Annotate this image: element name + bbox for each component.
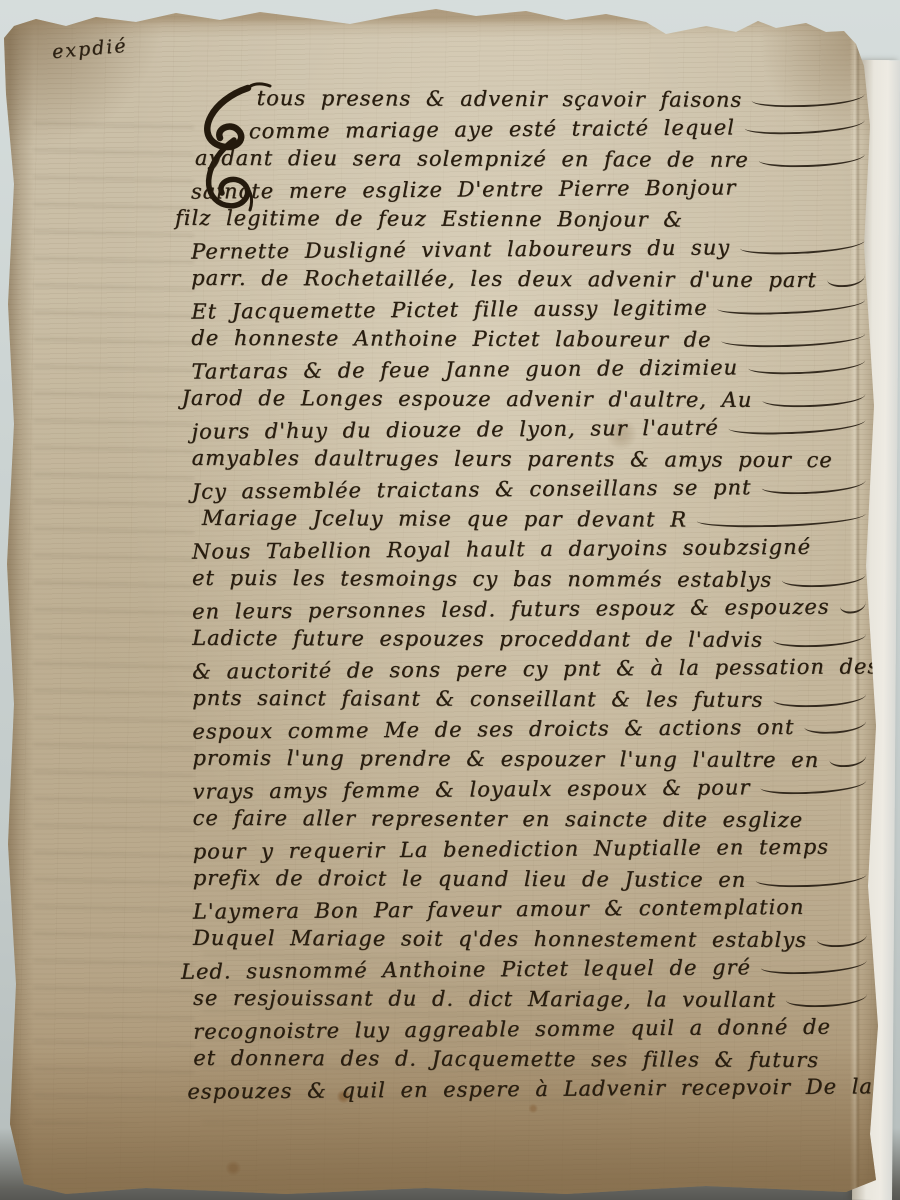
manuscript-line-text: Jcy assemblée traictans & conseillans se… bbox=[192, 472, 752, 506]
line-end-flourish-stroke bbox=[759, 154, 865, 168]
line-end-flourish-stroke bbox=[817, 935, 867, 948]
manuscript-line: espouzes & quil en espere à Ladvenir rec… bbox=[187, 1071, 869, 1106]
line-end-flourish-stroke bbox=[760, 780, 866, 795]
line-end-flourish-stroke bbox=[782, 574, 866, 587]
manuscript-line-text: tous presens & advenir sçavoir faisons bbox=[257, 83, 743, 115]
line-end-flourish-stroke bbox=[773, 694, 866, 708]
line-end-flourish-stroke bbox=[745, 120, 865, 135]
manuscript-line-text: & auctorité de sons pere cy pnt & à la p… bbox=[192, 651, 879, 686]
manuscript-line-text: jours d'huy du diouze de lyon, sur l'aut… bbox=[191, 413, 718, 447]
line-end-flourish-stroke bbox=[761, 960, 867, 975]
manuscript-line: Duquel Mariage soit q'des honnestement e… bbox=[193, 923, 869, 955]
manuscript-line-text: Pernette Dusligné vivant laboureurs du s… bbox=[191, 232, 730, 266]
line-end-flourish-stroke bbox=[697, 513, 866, 528]
manuscript-line-text: aydant dieu sera solempnizé en face de n… bbox=[195, 143, 749, 175]
line-end-flourish-stroke bbox=[761, 480, 866, 495]
manuscript-line-text: espouzes & quil en espere à Ladvenir rec… bbox=[187, 1071, 873, 1106]
line-end-flourish-stroke bbox=[829, 755, 866, 768]
manuscript-line-text: Nous Tabellion Royal hault a daryoins so… bbox=[192, 532, 811, 567]
manuscript-line: Mariage Jceluy mise que par devant R bbox=[192, 503, 868, 535]
manuscript-line-text: filz legitime de feuz Estienne Bonjour & bbox=[175, 203, 683, 235]
manuscript-line: tous presens & advenir sçavoir faisons bbox=[191, 83, 867, 115]
manuscript-line: et puis les tesmoings cy bas nommés esta… bbox=[192, 563, 868, 595]
line-end-flourish-stroke bbox=[748, 360, 866, 375]
manuscript-line-text: Duquel Mariage soit q'des honnestement e… bbox=[193, 923, 807, 955]
manuscript-line: Tartaras & de feue Janne guon de dizimie… bbox=[191, 351, 867, 386]
manuscript-line-text: L'aymera Bon Par faveur amour & contempl… bbox=[193, 892, 805, 927]
manuscript-line: et donnera des d. Jacquemette ses filles… bbox=[193, 1043, 869, 1075]
line-end-flourish-stroke bbox=[740, 240, 865, 256]
photograph-backdrop: { "document": { "kind": "17th-century Fr… bbox=[0, 0, 900, 1200]
manuscript-line: pnts sainct faisant & conseillant & les … bbox=[192, 683, 868, 715]
manuscript-line: Pernette Dusligné vivant laboureurs du s… bbox=[191, 231, 867, 266]
line-end-flourish-stroke bbox=[786, 994, 867, 1007]
manuscript-line: Nous Tabellion Royal hault a daryoins so… bbox=[192, 531, 868, 566]
manuscript-text-block: tous presens & advenir sçavoir faisonsco… bbox=[191, 83, 870, 1105]
line-end-flourish-stroke bbox=[827, 275, 866, 288]
manuscript-line: promis l'ung prendre & espouzer l'ung l'… bbox=[192, 743, 868, 775]
line-end-flourish-stroke bbox=[718, 300, 866, 316]
manuscript-line-text: de honneste Anthoine Pictet laboureur de bbox=[191, 323, 711, 355]
manuscript-line-text: Ladicte future espouzes proceddant de l'… bbox=[192, 623, 763, 655]
manuscript-line-text: Tartaras & de feue Janne guon de dizimie… bbox=[191, 352, 738, 386]
manuscript-line-text: espoux comme Me de ses droicts & actions… bbox=[192, 712, 794, 747]
manuscript-page: expdié tous presens & advenir sçavoir fa… bbox=[4, 4, 886, 1198]
line-end-flourish-stroke bbox=[756, 874, 867, 888]
line-end-flourish-stroke bbox=[762, 394, 865, 408]
manuscript-line: L'aymera Bon Par faveur amour & contempl… bbox=[193, 891, 869, 926]
manuscript-line: vrays amys femme & loyaulx espoux & pour bbox=[192, 771, 868, 806]
line-end-flourish-stroke bbox=[839, 601, 866, 614]
manuscript-line-text: comme mariage aye esté traicté lequel bbox=[249, 112, 735, 146]
manuscript-line-text: Et Jacquemette Pictet fille aussy legiti… bbox=[191, 293, 708, 327]
manuscript-line: saincte mere esglize D'entre Pierre Bonj… bbox=[191, 171, 867, 206]
manuscript-line-text: pnts sainct faisant & conseillant & les … bbox=[192, 683, 763, 715]
manuscript-line: ce faire aller representer en saincte di… bbox=[193, 803, 869, 835]
line-end-flourish-stroke bbox=[721, 334, 865, 349]
line-end-flourish-stroke bbox=[804, 721, 866, 735]
corner-annotation: expdié bbox=[51, 35, 128, 64]
manuscript-line: recognoistre luy aggreable somme quil a … bbox=[193, 1011, 869, 1046]
manuscript-line: Led. susnommé Anthoine Pictet lequel de … bbox=[181, 951, 869, 986]
manuscript-line-text: parr. de Rochetaillée, les deux advenir … bbox=[191, 263, 817, 295]
manuscript-line: de honneste Anthoine Pictet laboureur de bbox=[191, 323, 867, 355]
manuscript-line: & auctorité de sons pere cy pnt & à la p… bbox=[192, 651, 868, 686]
manuscript-line: Et Jacquemette Pictet fille aussy legiti… bbox=[191, 291, 867, 326]
manuscript-line-text: promis l'ung prendre & espouzer l'ung l'… bbox=[192, 743, 819, 775]
manuscript-line-text: Led. susnommé Anthoine Pictet lequel de … bbox=[181, 952, 751, 986]
manuscript-line-text: et donnera des d. Jacquemette ses filles… bbox=[193, 1043, 819, 1075]
manuscript-line-text: se resjouissant du d. dict Mariage, la v… bbox=[193, 983, 776, 1015]
manuscript-line-text: Jarod de Longes espouze advenir d'aultre… bbox=[181, 383, 752, 415]
manuscript-line: amyables daultruges leurs parents & amys… bbox=[192, 443, 868, 475]
verso-ink-showthrough bbox=[34, 114, 194, 1124]
line-end-flourish-stroke bbox=[773, 634, 866, 648]
manuscript-line: Ladicte future espouzes proceddant de l'… bbox=[192, 623, 868, 655]
manuscript-line-text: et puis les tesmoings cy bas nommés esta… bbox=[192, 563, 772, 595]
manuscript-line: jours d'huy du diouze de lyon, sur l'aut… bbox=[191, 411, 867, 446]
manuscript-line: Jcy assemblée traictans & conseillans se… bbox=[192, 471, 868, 506]
line-end-flourish-stroke bbox=[729, 420, 866, 436]
manuscript-line-text: saincte mere esglize D'entre Pierre Bonj… bbox=[191, 172, 737, 206]
manuscript-line: aydant dieu sera solempnizé en face de n… bbox=[191, 143, 867, 175]
manuscript-line: pour y requerir La benediction Nuptialle… bbox=[193, 831, 869, 866]
manuscript-line: comme mariage aye esté traicté lequel bbox=[191, 111, 867, 146]
line-end-flourish-stroke bbox=[752, 94, 865, 108]
manuscript-line-text: vrays amys femme & loyaulx espoux & pour bbox=[192, 772, 750, 806]
manuscript-line-text: prefix de droict le quand lieu de Justic… bbox=[193, 863, 747, 895]
manuscript-line: Jarod de Longes espouze advenir d'aultre… bbox=[181, 383, 867, 415]
manuscript-line-text: recognoistre luy aggreable somme quil a … bbox=[193, 1012, 831, 1047]
manuscript-line-text: Mariage Jceluy mise que par devant R bbox=[202, 503, 687, 535]
manuscript-line: parr. de Rochetaillée, les deux advenir … bbox=[191, 263, 867, 295]
manuscript-line-text: en leurs personnes lesd. futurs espouz &… bbox=[192, 592, 830, 627]
manuscript-line: filz legitime de feuz Estienne Bonjour & bbox=[175, 203, 867, 235]
manuscript-line: en leurs personnes lesd. futurs espouz &… bbox=[192, 591, 868, 626]
manuscript-line-text: ce faire aller representer en saincte di… bbox=[193, 803, 804, 835]
manuscript-line-text: amyables daultruges leurs parents & amys… bbox=[192, 443, 833, 475]
manuscript-line: espoux comme Me de ses droicts & actions… bbox=[192, 711, 868, 746]
manuscript-line: prefix de droict le quand lieu de Justic… bbox=[193, 863, 869, 895]
manuscript-line-text: pour y requerir La benediction Nuptialle… bbox=[193, 832, 829, 867]
manuscript-line: se resjouissant du d. dict Mariage, la v… bbox=[193, 983, 869, 1015]
